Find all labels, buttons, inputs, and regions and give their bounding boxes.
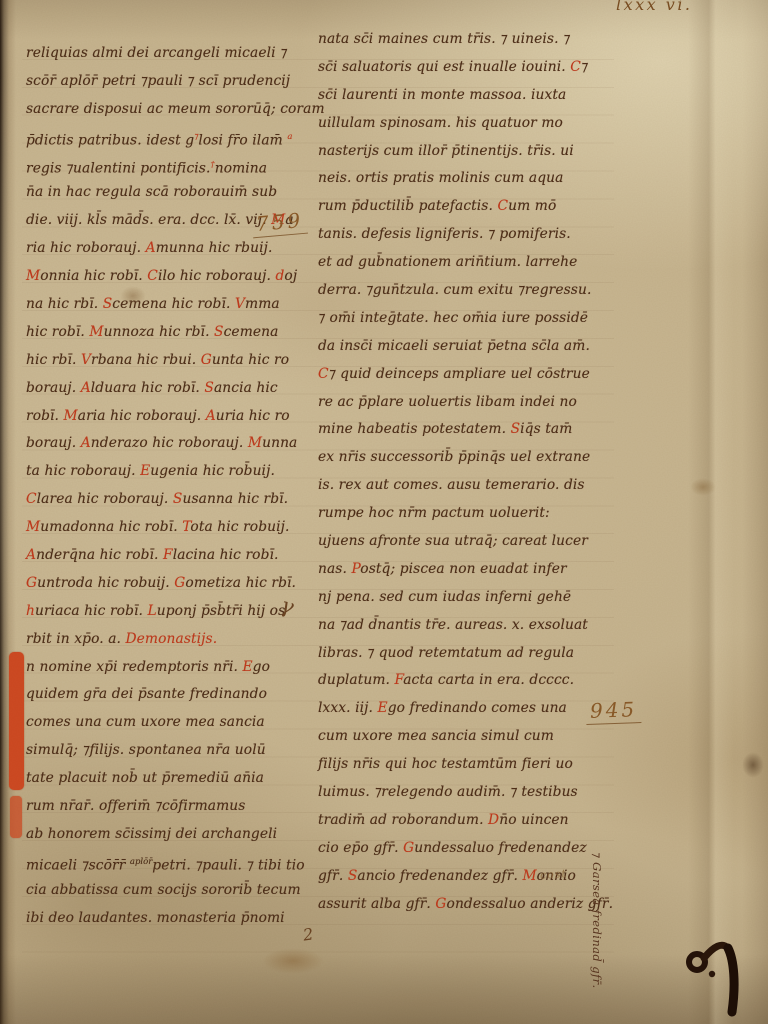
text-line: filijs nr̄is qui hoc testamtūm fieri uo	[318, 751, 610, 779]
text-segment: unta hic ro	[212, 352, 289, 368]
text-segment: ondessaluo anderiz gfr̄.	[447, 896, 614, 912]
text-line: lxxx. iij. Ego fredinando comes una	[318, 695, 610, 723]
parchment-stain	[690, 478, 716, 496]
text-segment: libras. ⁊ quod retemtatum ad regula	[318, 645, 574, 661]
rubric-segment: Demonastijs.	[126, 631, 218, 647]
illuminated-initial-i-tail	[10, 796, 22, 838]
text-line: derra. ⁊gun̄tzula. cum exitu ⁊regressu.	[318, 277, 610, 305]
text-segment: nata sc̄i maines cum tr̄is. ⁊ uineis. ⁊	[318, 31, 570, 47]
text-segment: die. viij. kl̄s mād̄s. era. dcc. lx̄. vi…	[26, 212, 271, 228]
text-segment: cemena	[224, 324, 279, 340]
text-segment: ometiza hic rbī.	[185, 575, 296, 591]
text-segment: ria hic roborauj.	[26, 240, 146, 256]
text-segment: undessaluo fredenandez	[414, 840, 586, 856]
rubric-segment: A	[206, 408, 216, 424]
rubric-segment: G	[403, 840, 414, 856]
rubric-segment: F	[163, 547, 173, 563]
text-segment: simulq̄; ⁊filijs. spontanea nr̄a uolū	[26, 742, 266, 758]
rubric-segment: h	[26, 603, 35, 619]
text-segment: robī.	[26, 408, 64, 424]
rubric-segment: A	[26, 547, 36, 563]
text-segment: n nomine xp̄i redemptoris nr̄i.	[26, 659, 242, 675]
text-line: Anderq̄na hic robī. Flacina hic robī.	[26, 542, 312, 570]
text-line: ibi deo laudantes. monasteria p̄nomi	[26, 905, 312, 933]
text-line: comes una cum uxore mea sancia	[26, 709, 312, 737]
text-line: tradim̄ ad roborandum. Dn̄o uincen	[318, 807, 610, 835]
rubric-segment: S	[511, 421, 521, 437]
text-line: da insc̄i micaeli seruiat p̄etna sc̄la a…	[318, 333, 610, 361]
text-segment: na ⁊ad d̄nantis tr̄e. aureas. x. exsolua…	[318, 617, 588, 633]
text-segment: go fredinando comes una	[388, 700, 567, 716]
text-line: scōr̄ aplōr̄ petri ⁊pauli ⁊ scī prudenci…	[26, 68, 312, 96]
parchment-fold-crease	[688, 0, 734, 1024]
text-line: Monnia hic robī. Cilo hic roborauj. doj	[26, 263, 312, 291]
text-segment: rbit in xp̄o. a.	[26, 631, 126, 647]
text-segment: rumpe hoc nr̄m pactum uoluerit:	[318, 505, 550, 521]
text-segment: ancia hic	[214, 380, 278, 396]
text-segment: untroda hic robuij.	[37, 575, 174, 591]
text-segment: iq̄s tam̄	[520, 421, 572, 437]
text-segment: ujuens afronte sua utraq̄; careat lucer	[318, 533, 588, 549]
text-segment: na hic rbī.	[26, 296, 103, 312]
text-line: rum nr̄ar̄. offerim̄ ⁊cōfirmamus	[26, 793, 312, 821]
text-segment: uria hic ro	[216, 408, 290, 424]
text-segment: hic rbī.	[26, 352, 81, 368]
text-line: rumpe hoc nr̄m pactum uoluerit:	[318, 500, 610, 528]
text-line: luimus. ⁊relegendo audim̄. ⁊ testibus	[318, 779, 610, 807]
text-line: rbit in xp̄o. a. Demonastijs.	[26, 626, 312, 654]
text-line: micaeli ⁊scōr̄r̄ aplōr̄petri. ⁊pauli. ⁊ …	[26, 849, 312, 877]
text-line: Mumadonna hic robī. Tota hic robuij.	[26, 514, 312, 542]
text-line: ta hic roborauj. Eugenia hic rob̄uij.	[26, 458, 312, 486]
text-line: huriaca hic robī. Luponj p̄sb̄tr̄i hij o…	[26, 598, 312, 626]
rubric-segment: V	[235, 296, 245, 312]
marginal-annotation-945: 945	[586, 697, 642, 725]
text-line: borauj. Alduara hic robī. Sancia hic	[26, 375, 312, 403]
text-segment: petri. ⁊pauli. ⁊ tibi tio	[152, 857, 304, 873]
text-segment: munna hic rbuij.	[156, 240, 273, 256]
text-line: nasterijs cum illor̄ p̄tinentijs. tr̄is.…	[318, 138, 610, 166]
text-segment: da insc̄i micaeli seruiat p̄etna sc̄la a…	[318, 338, 590, 354]
text-segment: uillulam spinosam. his quatuor mo	[318, 115, 563, 131]
parchment-stain	[120, 286, 146, 306]
text-segment: rum p̄ductilib̄ patefactis.	[318, 198, 497, 214]
text-line: ex nr̄is successorib̄ p̄pinq̄s uel extra…	[318, 444, 610, 472]
text-line: n nomine xp̄i redemptoris nr̄i. Ego	[26, 654, 312, 682]
text-segment: hic robī.	[26, 324, 89, 340]
text-segment: onnia hic robī.	[40, 268, 147, 284]
text-line: quidem gr̄a dei p̄sante fredinando	[26, 681, 312, 709]
text-segment: micaeli ⁊scōr̄r̄	[26, 857, 130, 873]
rubric-segment: C	[497, 198, 508, 214]
text-segment: sacrare disposui ac meum sororūq̄; coram	[26, 101, 325, 117]
rubric-segment: G	[174, 575, 185, 591]
text-segment: p̄dictis patribus. idest g	[26, 132, 194, 148]
text-segment: sc̄i saluatoris qui est inualle iouini.	[318, 59, 570, 75]
text-segment: luimus. ⁊relegendo audim̄. ⁊ testibus	[318, 784, 578, 800]
text-segment: gfr̄.	[318, 868, 348, 884]
text-line: borauj. Anderazo hic roborauj. Munna	[26, 430, 312, 458]
rubric-segment: A	[81, 380, 91, 396]
text-segment: ibi deo laudantes. monasteria p̄nomi	[26, 910, 285, 926]
text-line: neis. ortis pratis molinis cum aqua	[318, 165, 610, 193]
text-segment: tradim̄ ad roborandum.	[318, 812, 488, 828]
text-line: nata sc̄i maines cum tr̄is. ⁊ uineis. ⁊	[318, 26, 610, 54]
text-line: regis ⁊ualentini pontificis.†nomina	[26, 152, 312, 180]
text-segment: nomina	[215, 160, 267, 176]
text-segment: tanis. defesis ligniferis. ⁊ pomiferis.	[318, 226, 571, 242]
text-line: Guntroda hic robuij. Gometiza hic rbī.	[26, 570, 312, 598]
text-line: reliquias almi dei arcangeli micaeli ⁊	[26, 40, 312, 68]
text-line: assurit alba gfr̄. Gondessaluo anderiz g…	[318, 891, 610, 919]
text-segment: cia abbatissa cum socijs sororib̄ tecum	[26, 882, 301, 898]
text-segment: lxxx. iij.	[318, 700, 378, 716]
manuscript-page: lxxx vi. reliquias almi dei arcangeli mi…	[0, 0, 768, 1024]
text-segment: ostq̄; piscea non euadat infer	[360, 561, 566, 577]
text-segment: et ad gub̄nationem arin̄tium. larrehe	[318, 254, 577, 270]
rubric-segment: S	[103, 296, 113, 312]
right-text-column: nata sc̄i maines cum tr̄is. ⁊ uineis. ⁊s…	[318, 26, 610, 919]
text-segment: reliquias almi dei arcangeli micaeli ⁊	[26, 45, 287, 61]
text-segment: aplōr̄	[130, 857, 152, 867]
rubric-segment: F	[394, 672, 403, 688]
text-segment: unnoza hic rbī.	[104, 324, 214, 340]
rubric-segment: M	[522, 868, 536, 884]
text-line: hic rbī. Vrbana hic rbui. Gunta hic ro	[26, 347, 312, 375]
text-segment: borauj.	[26, 380, 81, 396]
text-segment: umadonna hic robī.	[40, 519, 182, 535]
text-segment: neis. ortis pratis molinis cum aqua	[318, 170, 563, 186]
text-segment: n̄o uincen	[499, 812, 568, 828]
text-line: n̄a in hac regula scā roborauim̄ sub	[26, 179, 312, 207]
rubric-segment: M	[248, 435, 262, 451]
rubric-segment: D	[488, 812, 499, 828]
text-line: cia abbatissa cum socijs sororib̄ tecum	[26, 877, 312, 905]
text-segment: go	[253, 659, 270, 675]
text-segment: scōr̄ aplōr̄ petri ⁊pauli ⁊ scī prudenci…	[26, 73, 290, 89]
text-line: et ad gub̄nationem arin̄tium. larrehe	[318, 249, 610, 277]
rubric-segment: C	[147, 268, 158, 284]
rubric-segment: S	[214, 324, 224, 340]
text-segment: sc̄i laurenti in monte massoa. iuxta	[318, 87, 566, 103]
rubric-segment: A	[81, 435, 91, 451]
text-segment: ilo hic roborauj.	[158, 268, 276, 284]
rubric-segment: C	[26, 491, 37, 507]
text-segment: tate placuit nob̄ ut p̄remediū an̄ia	[26, 770, 264, 786]
text-segment: n̄a in hac regula scā roborauim̄ sub	[26, 184, 277, 200]
text-line: tanis. defesis ligniferis. ⁊ pomiferis.	[318, 221, 610, 249]
rubric-segment: V	[81, 352, 91, 368]
text-line: sc̄i saluatoris qui est inualle iouini. …	[318, 54, 610, 82]
text-line: sc̄i laurenti in monte massoa. iuxta	[318, 82, 610, 110]
text-line: re ac p̄plare uoluertis libam indei no	[318, 389, 610, 417]
rubric-segment: G	[201, 352, 212, 368]
text-segment: rbana hic rbui.	[91, 352, 201, 368]
text-line: duplatum. Facta carta in era. dcccc.	[318, 667, 610, 695]
text-segment: comes una cum uxore mea sancia	[26, 714, 265, 730]
text-line: robī. Maria hic roborauj. Auria hic ro	[26, 403, 312, 431]
rubric-segment: E	[140, 463, 150, 479]
illuminated-initial-i	[9, 652, 24, 790]
text-segment: acta carta in era. dcccc.	[403, 672, 574, 688]
text-segment: nderazo hic roborauj.	[91, 435, 248, 451]
text-segment: ancio fredenandez gfr̄.	[357, 868, 522, 884]
rubric-segment: E	[242, 659, 252, 675]
text-segment: borauj.	[26, 435, 81, 451]
text-line: simulq̄; ⁊filijs. spontanea nr̄a uolū	[26, 737, 312, 765]
rubric-segment: M	[26, 519, 40, 535]
text-segment: aria hic roborauj.	[78, 408, 206, 424]
text-segment: ta hic roborauj.	[26, 463, 140, 479]
text-segment: filijs nr̄is qui hoc testamtūm fieri uo	[318, 756, 573, 772]
text-segment: ota hic robuij.	[190, 519, 289, 535]
text-segment: is. rex aut comes. ausu temerario. dis	[318, 477, 585, 493]
text-line: ujuens afronte sua utraq̄; careat lucer	[318, 528, 610, 556]
text-segment: mma	[245, 296, 280, 312]
rubric-segment: S	[348, 868, 358, 884]
text-segment: assurit alba gfr̄.	[318, 896, 435, 912]
text-line: uillulam spinosam. his quatuor mo	[318, 110, 610, 138]
text-segment: cio ep̄o gfr̄.	[318, 840, 403, 856]
folio-number: lxxx vi.	[616, 0, 693, 14]
text-line: na hic rbī. Scemena hic robī. Vmma	[26, 291, 312, 319]
text-segment: unna	[262, 435, 297, 451]
faint-scribble: cost	[540, 867, 568, 882]
text-segment: duplatum.	[318, 672, 394, 688]
text-segment: cum uxore mea sancia simul cum	[318, 728, 554, 744]
rubric-segment: C	[570, 59, 581, 75]
text-line: na ⁊ad d̄nantis tr̄e. aureas. x. exsolua…	[318, 612, 610, 640]
rubric-segment: A	[146, 240, 156, 256]
rubric-segment: S	[204, 380, 214, 396]
text-segment: uponj p̄sb̄tr̄i hij os	[157, 603, 286, 619]
text-segment: ⁊	[581, 59, 588, 75]
text-line: is. rex aut comes. ausu temerario. dis	[318, 472, 610, 500]
text-line: Clarea hic roborauj. Susanna hic rbī.	[26, 486, 312, 514]
text-line: mine habeatis potestatem. Siq̄s tam̄	[318, 416, 610, 444]
rubric-segment: M	[26, 268, 40, 284]
text-line: ria hic roborauj. Amunna hic rbuij.	[26, 235, 312, 263]
vertical-margin-signature: ⁊ Garsea fredinad̄ gfr̄.	[590, 852, 604, 1022]
text-segment: re ac p̄plare uoluertis libam indei no	[318, 394, 577, 410]
text-line: rum p̄ductilib̄ patefactis. Cum mō	[318, 193, 610, 221]
marginal-annotation-759: 759	[251, 208, 308, 239]
text-segment: oj	[284, 268, 297, 284]
text-segment: ab honorem sc̄issimj dei archangeli	[26, 826, 277, 842]
text-line: ab honorem sc̄issimj dei archangeli	[26, 821, 312, 849]
text-line: p̄dictis patribus. idest g⁊losi fr̄o ila…	[26, 124, 312, 152]
rubric-segment: L	[148, 603, 157, 619]
parchment-edge-nick	[742, 752, 764, 778]
text-segment: lduara hic robī.	[91, 380, 205, 396]
rubric-segment: G	[26, 575, 37, 591]
text-segment: nasterijs cum illor̄ p̄tinentijs. tr̄is.…	[318, 143, 574, 159]
text-segment: quidem gr̄a dei p̄sante fredinando	[26, 686, 267, 702]
text-segment: lacina hic robī.	[173, 547, 279, 563]
rubric-segment: G	[435, 896, 446, 912]
text-segment: ⁊ quid deinceps ampliare uel cōstrue	[329, 366, 590, 382]
rubric-segment: P	[351, 561, 360, 577]
text-line: hic robī. Munnoza hic rbī. Scemena	[26, 319, 312, 347]
rubric-segment: M	[64, 408, 78, 424]
text-segment: nas.	[318, 561, 351, 577]
text-line: nas. Postq̄; piscea non euadat infer	[318, 556, 610, 584]
text-segment: derra. ⁊gun̄tzula. cum exitu ⁊regressu.	[318, 282, 591, 298]
text-segment: larea hic roborauj.	[37, 491, 173, 507]
text-segment: regis ⁊ualentini pontificis.	[26, 160, 210, 176]
text-segment: um mō	[508, 198, 556, 214]
left-text-column: reliquias almi dei arcangeli micaeli ⁊sc…	[26, 40, 312, 933]
rubric-segment: E	[378, 700, 388, 716]
parchment-stain	[262, 948, 324, 974]
text-segment: ⁊ om̄i inteḡtate. hec om̄ia iure possidē	[318, 310, 588, 326]
text-line: nj pena. sed cum iudas inferni gehē	[318, 584, 610, 612]
text-segment: ugenia hic rob̄uij.	[150, 463, 275, 479]
text-segment: ex nr̄is successorib̄ p̄pinq̄s uel extra…	[318, 449, 590, 465]
text-line: ⁊ om̄i inteḡtate. hec om̄ia iure possidē	[318, 305, 610, 333]
rubric-segment: a	[287, 132, 292, 142]
text-segment: usanna hic rbī.	[182, 491, 288, 507]
text-line: cum uxore mea sancia simul cum	[318, 723, 610, 751]
text-line: cio ep̄o gfr̄. Gundessaluo fredenandez	[318, 835, 610, 863]
rubric-segment: C	[318, 366, 329, 382]
text-segment: nderq̄na hic robī.	[36, 547, 163, 563]
text-segment: nj pena. sed cum iudas inferni gehē	[318, 589, 571, 605]
text-line: sacrare disposui ac meum sororūq̄; coram	[26, 96, 312, 124]
text-line: tate placuit nob̄ ut p̄remediū an̄ia	[26, 765, 312, 793]
text-segment: losi fr̄o ilam̄	[198, 132, 287, 148]
rubric-segment: M	[89, 324, 103, 340]
text-line: libras. ⁊ quod retemtatum ad regula	[318, 640, 610, 668]
text-line: C⁊ quid deinceps ampliare uel cōstrue	[318, 361, 610, 389]
text-segment: rum nr̄ar̄. offerim̄ ⁊cōfirmamus	[26, 798, 245, 814]
text-segment: mine habeatis potestatem.	[318, 421, 511, 437]
text-segment: uriaca hic robī.	[35, 603, 148, 619]
